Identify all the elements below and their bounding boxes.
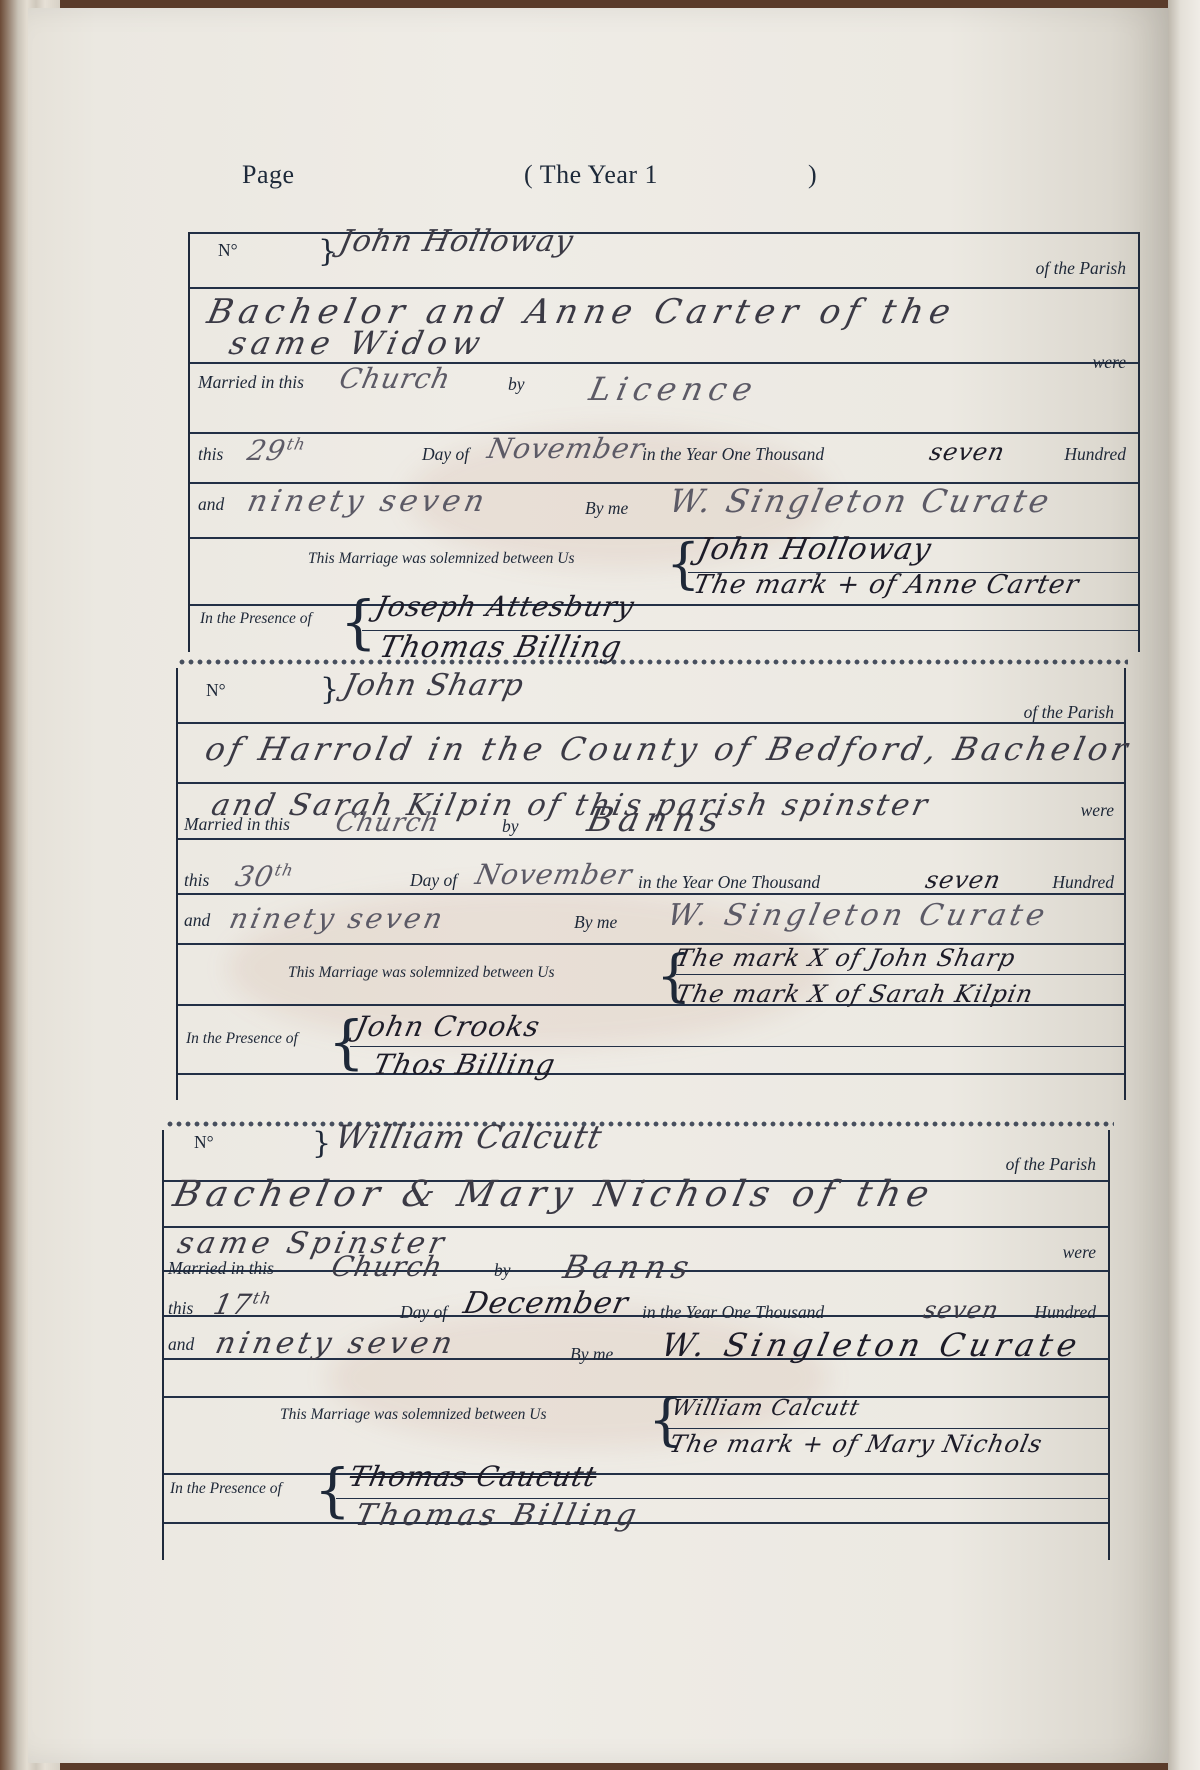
marriage-entry-2: N° } John Sharp of the Parish of Harrold…: [176, 668, 1126, 1100]
year-heading: ( The Year 1: [524, 160, 658, 190]
marriage-method: Banns: [584, 800, 729, 840]
and-label: and: [198, 494, 224, 515]
day-of-label: Day of: [410, 870, 457, 891]
signature-groom: The mark X of John Sharp: [673, 944, 1018, 972]
day-number: 29th: [244, 434, 307, 467]
year-label: in the Year One Thousand: [642, 444, 824, 465]
year-heading-close: ): [808, 160, 817, 190]
witness-1: Thomas Caucutt: [346, 1460, 599, 1493]
by-label: by: [502, 816, 519, 837]
page-label: Page: [242, 160, 295, 190]
place: Church: [336, 362, 454, 395]
month: November: [484, 432, 647, 465]
groom-name: William Calcutt: [332, 1118, 606, 1156]
century-word: seven: [923, 866, 1004, 894]
witness-1: Joseph Attesbury: [372, 590, 637, 623]
entry-line-3: same Widow: [226, 324, 489, 362]
by-me-label: By me: [574, 912, 617, 933]
entry-line-2: of Harrold in the County of Bedford, Bac…: [202, 730, 1135, 768]
this-label: this: [198, 444, 223, 465]
this-label: this: [184, 870, 209, 891]
presence-label: In the Presence of: [170, 1480, 282, 1498]
hundred-label: Hundred: [1064, 444, 1126, 465]
solemnized-label: This Marriage was solemnized between Us: [280, 1406, 547, 1424]
hundred-label: Hundred: [1052, 872, 1114, 893]
by-label: by: [508, 374, 525, 395]
century-word: seven: [927, 438, 1008, 466]
day-number: 30th: [232, 860, 295, 893]
of-parish-label: of the Parish: [1036, 258, 1126, 279]
signature-bride: The mark + of Mary Nichols: [667, 1430, 1045, 1458]
married-label: Married in this: [168, 1258, 274, 1279]
month: December: [460, 1286, 632, 1321]
year-label: in the Year One Thousand: [642, 1302, 824, 1323]
were-label: were: [1063, 1242, 1096, 1263]
decade-year: ninety seven: [226, 902, 448, 935]
marriage-entry-1: N° } John Holloway of the Parish Bachelo…: [188, 232, 1140, 652]
and-label: and: [168, 1334, 194, 1355]
marriage-method: Banns: [560, 1248, 698, 1286]
signature-groom: John Holloway: [694, 532, 935, 567]
officiant-signature: W. Singleton Curate: [664, 898, 1051, 933]
solemnized-label: This Marriage was solemnized between Us: [308, 550, 575, 568]
number-label: N°: [194, 1132, 214, 1153]
decade-year: ninety seven: [244, 484, 491, 519]
of-parish-label: of the Parish: [1024, 702, 1114, 723]
place: Church: [328, 1250, 446, 1283]
brace: }: [320, 672, 339, 707]
place: Church: [333, 808, 443, 838]
marriage-method: Licence: [586, 370, 762, 408]
entry-divider: [166, 1120, 1114, 1129]
of-parish-label: of the Parish: [1006, 1154, 1096, 1175]
day-number: 17th: [210, 1288, 273, 1321]
by-me-label: By me: [585, 498, 628, 519]
groom-name: John Sharp: [340, 668, 527, 703]
and-label: and: [184, 910, 210, 931]
groom-name: John Holloway: [336, 224, 577, 259]
year-label: in the Year One Thousand: [638, 872, 820, 893]
next-page-edge: [1168, 0, 1200, 1770]
officiant-signature: W. Singleton Curate: [666, 482, 1055, 520]
hundred-label: Hundred: [1034, 1302, 1096, 1323]
signature-bride: The mark X of Sarah Kilpin: [673, 980, 1036, 1008]
solemnized-label: This Marriage was solemnized between Us: [288, 964, 555, 982]
number-label: N°: [206, 680, 226, 701]
entry-line-2: Bachelor & Mary Nichols of the: [170, 1174, 939, 1215]
day-of-label: Day of: [400, 1302, 447, 1323]
month: November: [472, 858, 635, 891]
this-label: this: [168, 1298, 193, 1319]
by-label: by: [494, 1260, 511, 1281]
signature-groom: William Calcutt: [669, 1396, 862, 1421]
officiant-signature: W. Singleton Curate: [658, 1326, 1085, 1364]
were-label: were: [1093, 352, 1126, 373]
century-word: seven: [921, 1296, 1002, 1324]
married-label: Married in this: [184, 814, 290, 835]
by-me-label: By me: [570, 1344, 613, 1365]
entry-divider: [178, 658, 1128, 667]
presence-label: In the Presence of: [186, 1030, 298, 1048]
day-of-label: Day of: [422, 444, 469, 465]
marriage-entry-3: N° } William Calcutt of the Parish Bache…: [162, 1130, 1110, 1560]
presence-label: In the Presence of: [200, 610, 312, 628]
witness-2: Thomas Billing: [352, 1498, 643, 1533]
brace: }: [318, 234, 337, 269]
were-label: were: [1081, 800, 1114, 821]
brace: {: [314, 1456, 351, 1524]
married-label: Married in this: [198, 372, 304, 393]
decade-year: ninety seven: [212, 1326, 459, 1361]
brace: {: [340, 588, 377, 656]
witness-2: Thos Billing: [370, 1048, 558, 1081]
witness-1: John Crooks: [352, 1010, 543, 1043]
number-label: N°: [218, 240, 238, 261]
signature-bride: The mark + of Anne Carter: [691, 570, 1082, 600]
brace: }: [312, 1126, 331, 1161]
entry-line-3: and Sarah Kilpin of this parish spinster: [208, 788, 933, 823]
